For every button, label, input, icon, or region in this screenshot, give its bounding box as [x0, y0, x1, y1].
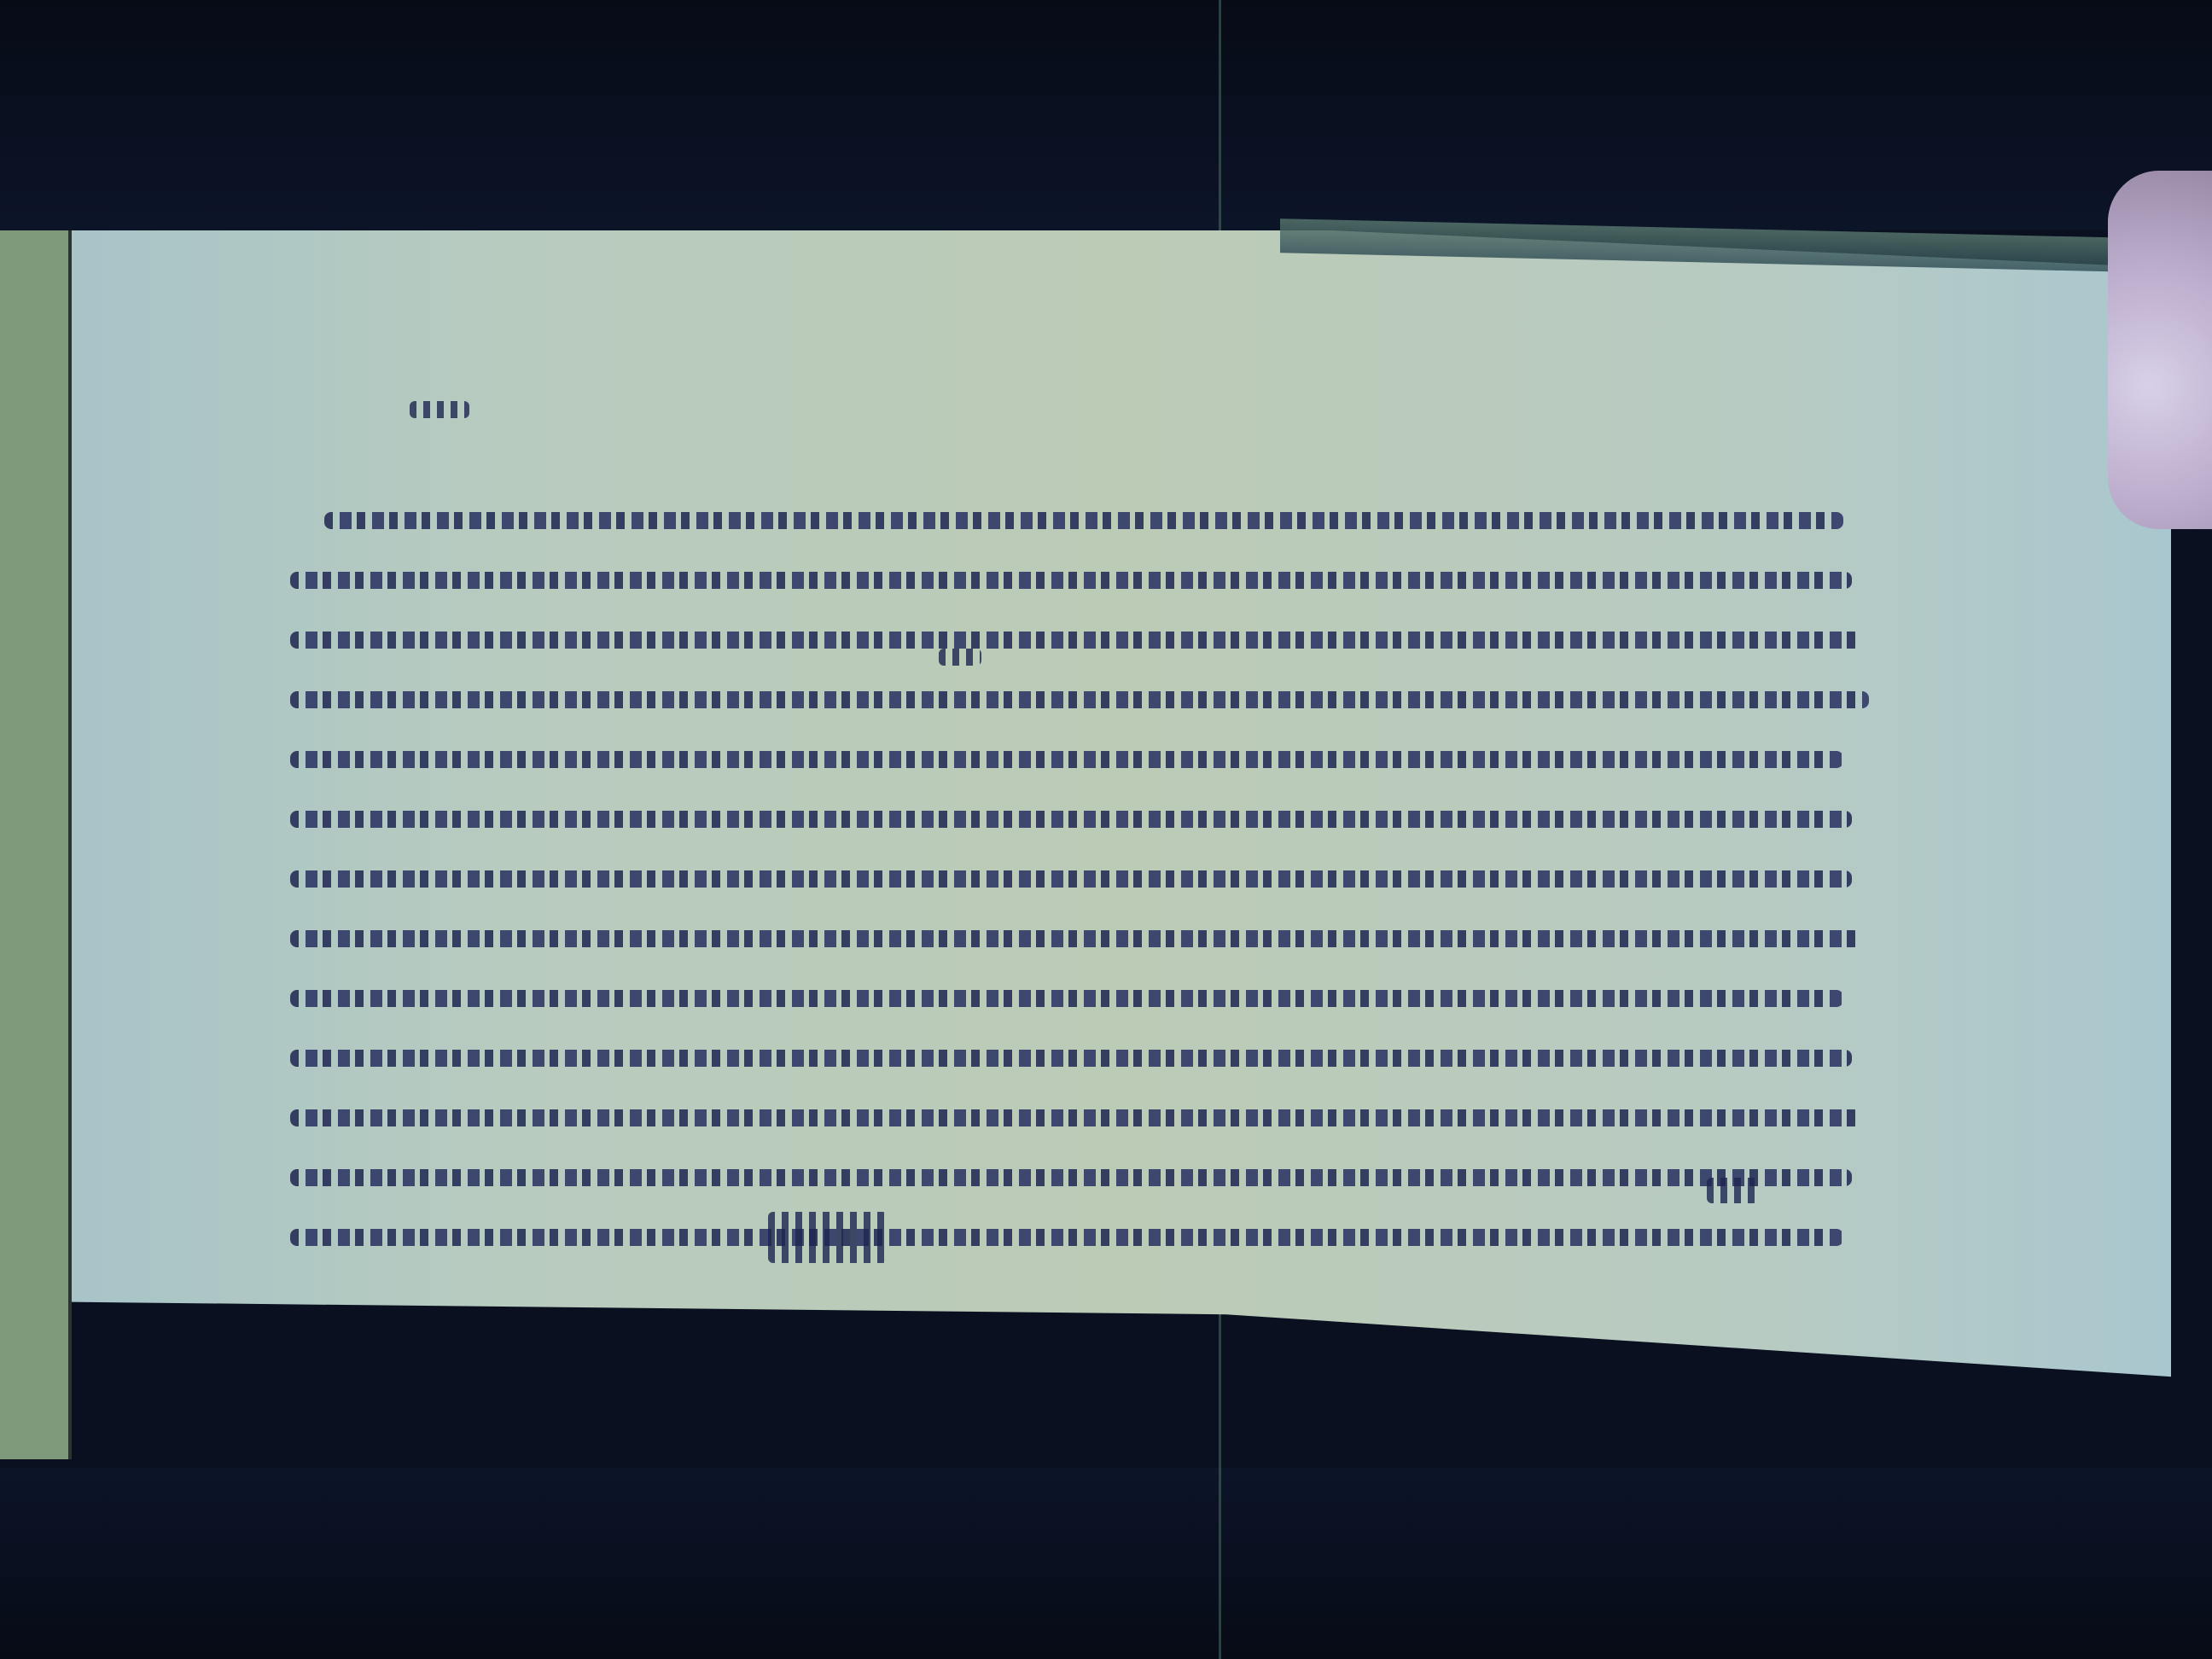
- dark-background-top: [0, 0, 2212, 230]
- thumb: [2108, 171, 2212, 529]
- book-cover-edge: [0, 230, 72, 1459]
- margin-note: [410, 401, 469, 418]
- margin-note: [939, 649, 981, 666]
- margin-note: [1707, 1178, 1758, 1203]
- manuscript-text-block: [256, 512, 1877, 1280]
- margin-note: [768, 1212, 888, 1263]
- dark-background-bottom: [0, 1468, 2212, 1659]
